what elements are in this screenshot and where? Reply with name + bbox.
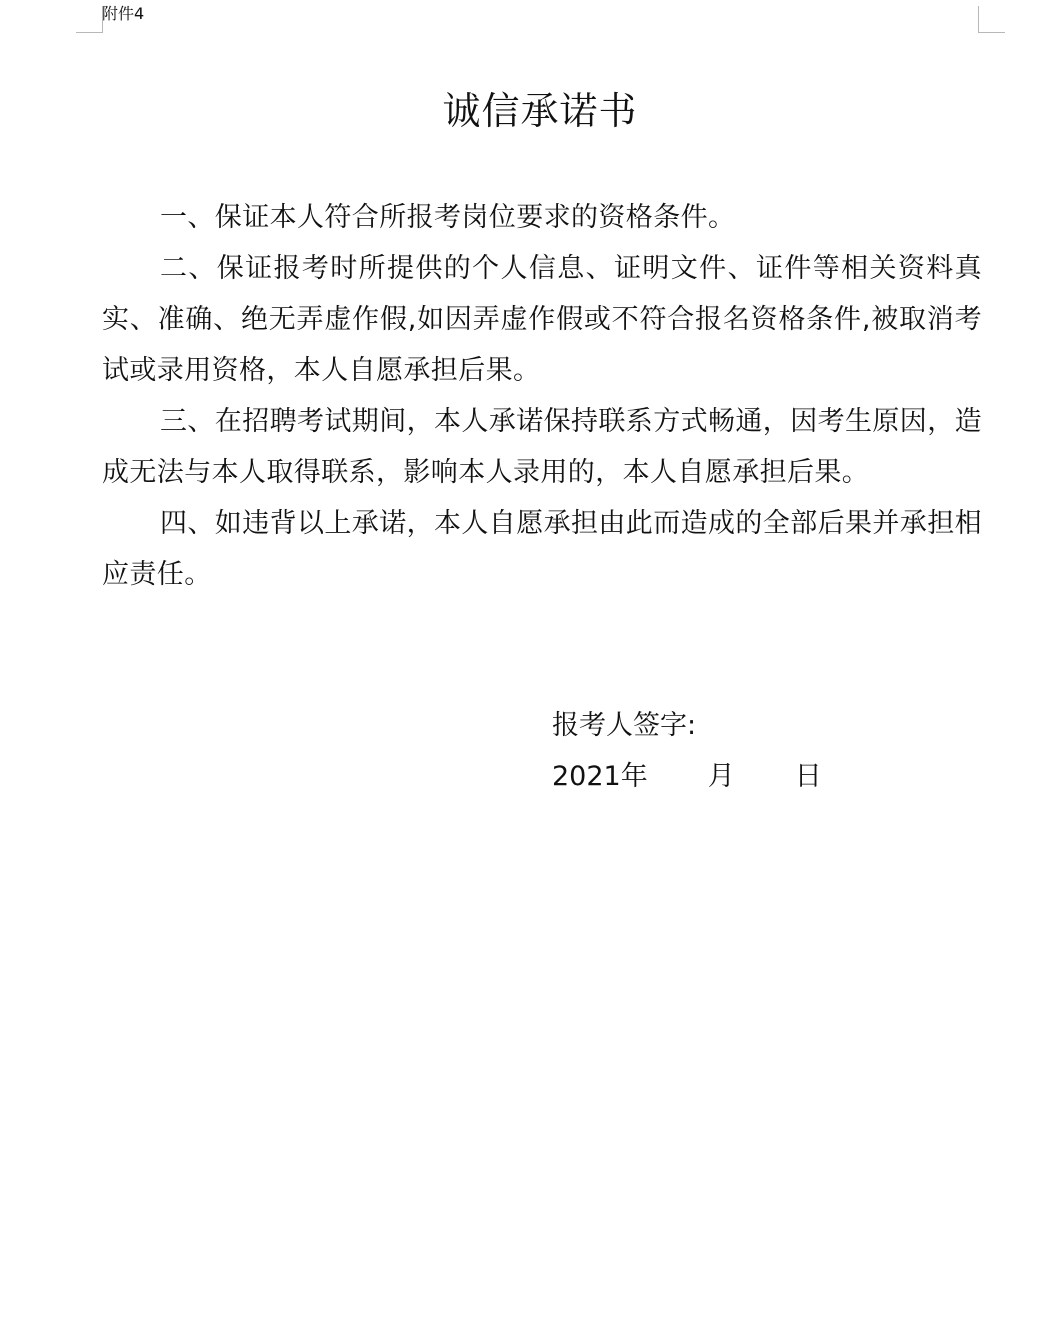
document-body: 一、保证本人符合所报考岗位要求的资格条件。 二、保证报考时所提供的个人信息、证明…	[102, 192, 982, 600]
document-title: 诚信承诺书	[0, 84, 1040, 138]
date-day: 日	[795, 751, 822, 802]
paragraph-3: 三、在招聘考试期间，本人承诺保持联系方式畅通，因考生原因，造成无法与本人取得联系…	[102, 396, 982, 498]
paragraph-2: 二、保证报考时所提供的个人信息、证明文件、证件等相关资料真实、准确、绝无弄虚作假…	[102, 243, 982, 396]
paragraph-4: 四、如违背以上承诺，本人自愿承担由此而造成的全部后果并承担相应责任。	[102, 498, 982, 600]
date-line: 2021年月日	[552, 751, 822, 802]
signature-block: 报考人签字: 2021年月日	[552, 700, 822, 802]
paragraph-1: 一、保证本人符合所报考岗位要求的资格条件。	[102, 192, 982, 243]
date-year: 2021年	[552, 751, 648, 802]
attachment-label: 附件4	[102, 4, 144, 24]
page-corner-mark-top-right	[978, 6, 1005, 33]
signature-label: 报考人签字:	[552, 700, 822, 751]
page-corner-mark-top-left	[76, 6, 103, 33]
date-month: 月	[708, 751, 735, 802]
